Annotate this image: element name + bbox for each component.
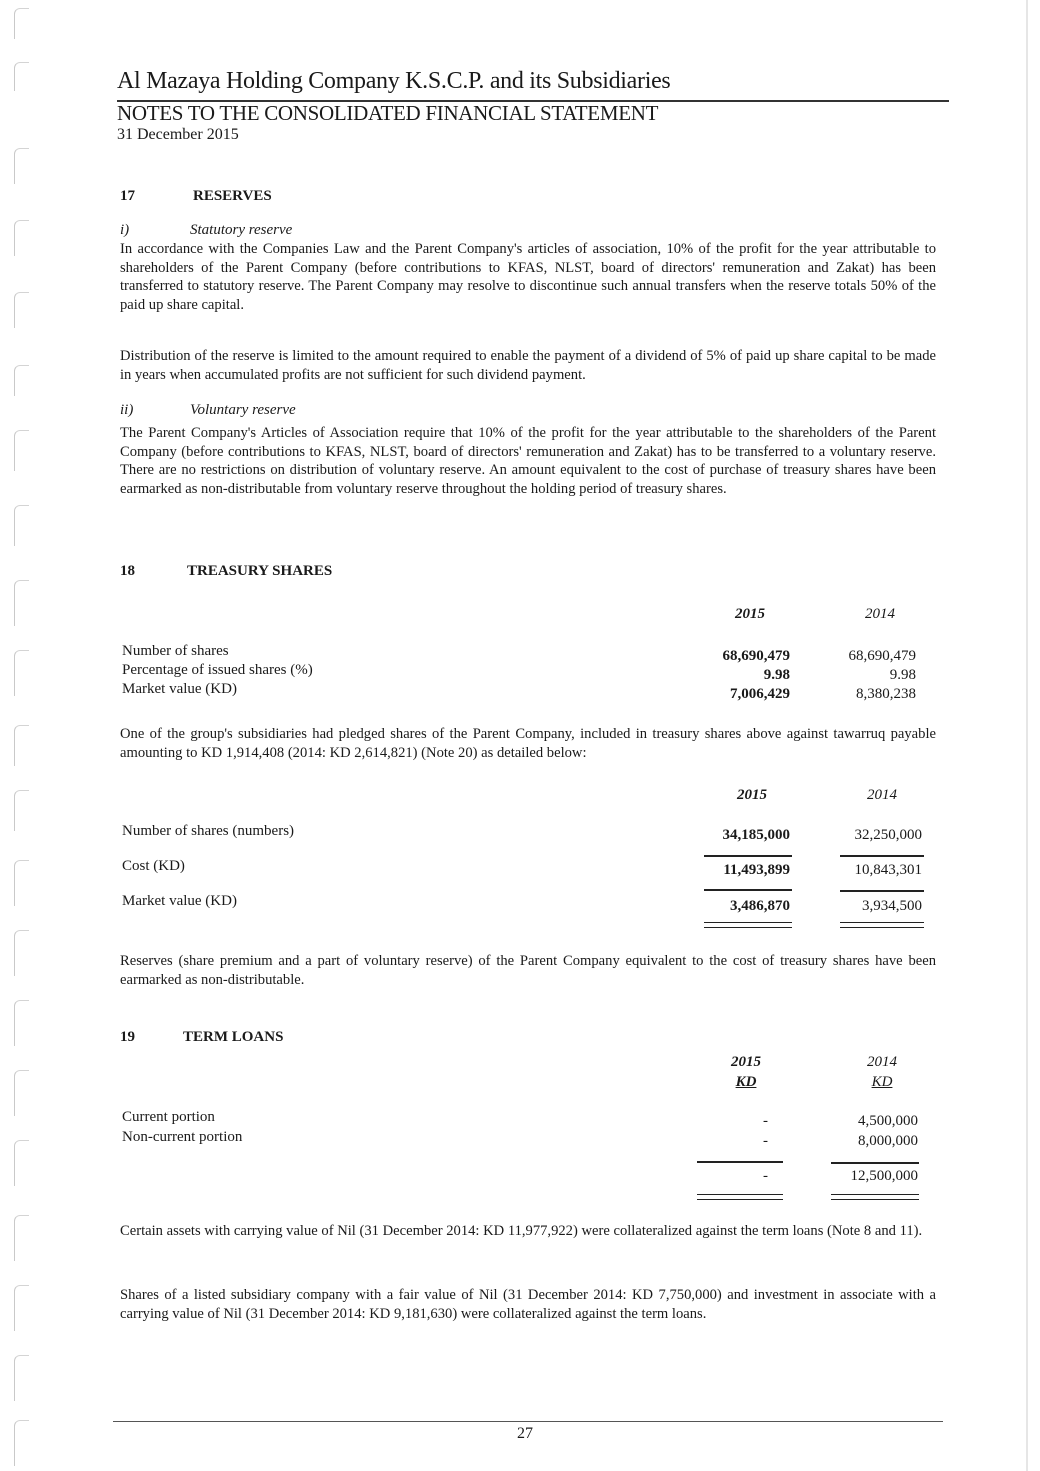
total-double-rule xyxy=(831,1194,919,1200)
statutory-reserve-num: i) xyxy=(120,222,129,239)
column-year: 2015 xyxy=(712,787,792,804)
subtotal-rule xyxy=(840,890,924,892)
value-2014: 68,690,479 xyxy=(786,648,916,665)
column-year: 2015 xyxy=(706,1054,786,1071)
collateral-shares-paragraph: Shares of a listed subsidiary company wi… xyxy=(120,1286,936,1323)
note-18-title: TREASURY SHARES xyxy=(187,563,332,580)
value-2015: - xyxy=(706,1133,768,1150)
row-label: Market value (KD) xyxy=(122,893,237,910)
total-double-rule xyxy=(840,922,924,928)
note-19-number: 19 xyxy=(120,1029,135,1046)
subtotal-rule xyxy=(697,1161,783,1163)
statutory-reserve-paragraph: In accordance with the Companies Law and… xyxy=(120,240,936,314)
column-unit: KD xyxy=(842,1074,922,1091)
value-2015: 11,493,899 xyxy=(660,862,790,879)
subtotal-rule xyxy=(840,855,924,857)
total-double-rule xyxy=(697,1194,783,1200)
collateral-assets-paragraph: Certain assets with carrying value of Ni… xyxy=(120,1222,936,1241)
total-2015: - xyxy=(706,1168,768,1185)
reserves-earmarked-paragraph: Reserves (share premium and a part of vo… xyxy=(120,952,936,989)
note-18-number: 18 xyxy=(120,563,135,580)
row-label: Cost (KD) xyxy=(122,858,185,875)
row-label: Number of shares (numbers) xyxy=(122,823,294,840)
value-2015: - xyxy=(706,1113,768,1130)
value-2014: 9.98 xyxy=(786,667,916,684)
note-17-title: RESERVES xyxy=(193,188,272,205)
total-2014: 12,500,000 xyxy=(790,1168,918,1185)
distribution-paragraph: Distribution of the reserve is limited t… xyxy=(120,347,936,384)
row-label: Current portion xyxy=(122,1109,215,1126)
value-2014: 10,843,301 xyxy=(792,862,922,879)
row-label: Number of shares xyxy=(122,643,229,660)
column-year: 2014 xyxy=(840,606,920,623)
value-2014: 8,000,000 xyxy=(790,1133,918,1150)
pledged-shares-paragraph: One of the group's subsidiaries had pled… xyxy=(120,725,936,762)
voluntary-reserve-title: Voluntary reserve xyxy=(190,402,296,419)
scan-edge xyxy=(1026,0,1028,1471)
column-year: 2015 xyxy=(710,606,790,623)
value-2014: 4,500,000 xyxy=(790,1113,918,1130)
subtotal-rule xyxy=(704,855,792,857)
value-2014: 3,934,500 xyxy=(792,898,922,915)
voluntary-reserve-paragraph: The Parent Company's Articles of Associa… xyxy=(120,424,936,498)
column-unit: KD xyxy=(706,1074,786,1091)
value-2015: 3,486,870 xyxy=(660,898,790,915)
column-year: 2014 xyxy=(842,1054,922,1071)
column-year: 2014 xyxy=(842,787,922,804)
subtotal-rule xyxy=(831,1162,919,1164)
footer-rule xyxy=(113,1421,943,1422)
value-2015: 68,690,479 xyxy=(660,648,790,665)
note-19-title: TERM LOANS xyxy=(183,1029,283,1046)
row-label: Percentage of issued shares (%) xyxy=(122,662,313,679)
note-17-number: 17 xyxy=(120,188,135,205)
subtotal-rule xyxy=(704,889,792,891)
page-number: 27 xyxy=(510,1425,540,1443)
value-2015: 7,006,429 xyxy=(660,686,790,703)
row-label: Non-current portion xyxy=(122,1129,242,1146)
notes-title: NOTES TO THE CONSOLIDATED FINANCIAL STAT… xyxy=(117,101,658,126)
total-double-rule xyxy=(704,922,792,928)
statutory-reserve-title: Statutory reserve xyxy=(190,222,292,239)
row-label: Market value (KD) xyxy=(122,681,237,698)
value-2014: 8,380,238 xyxy=(786,686,916,703)
company-name: Al Mazaya Holding Company K.S.C.P. and i… xyxy=(117,68,670,95)
value-2015: 34,185,000 xyxy=(660,827,790,844)
statement-date: 31 December 2015 xyxy=(117,126,239,144)
value-2015: 9.98 xyxy=(660,667,790,684)
value-2014: 32,250,000 xyxy=(792,827,922,844)
voluntary-reserve-num: ii) xyxy=(120,402,133,419)
